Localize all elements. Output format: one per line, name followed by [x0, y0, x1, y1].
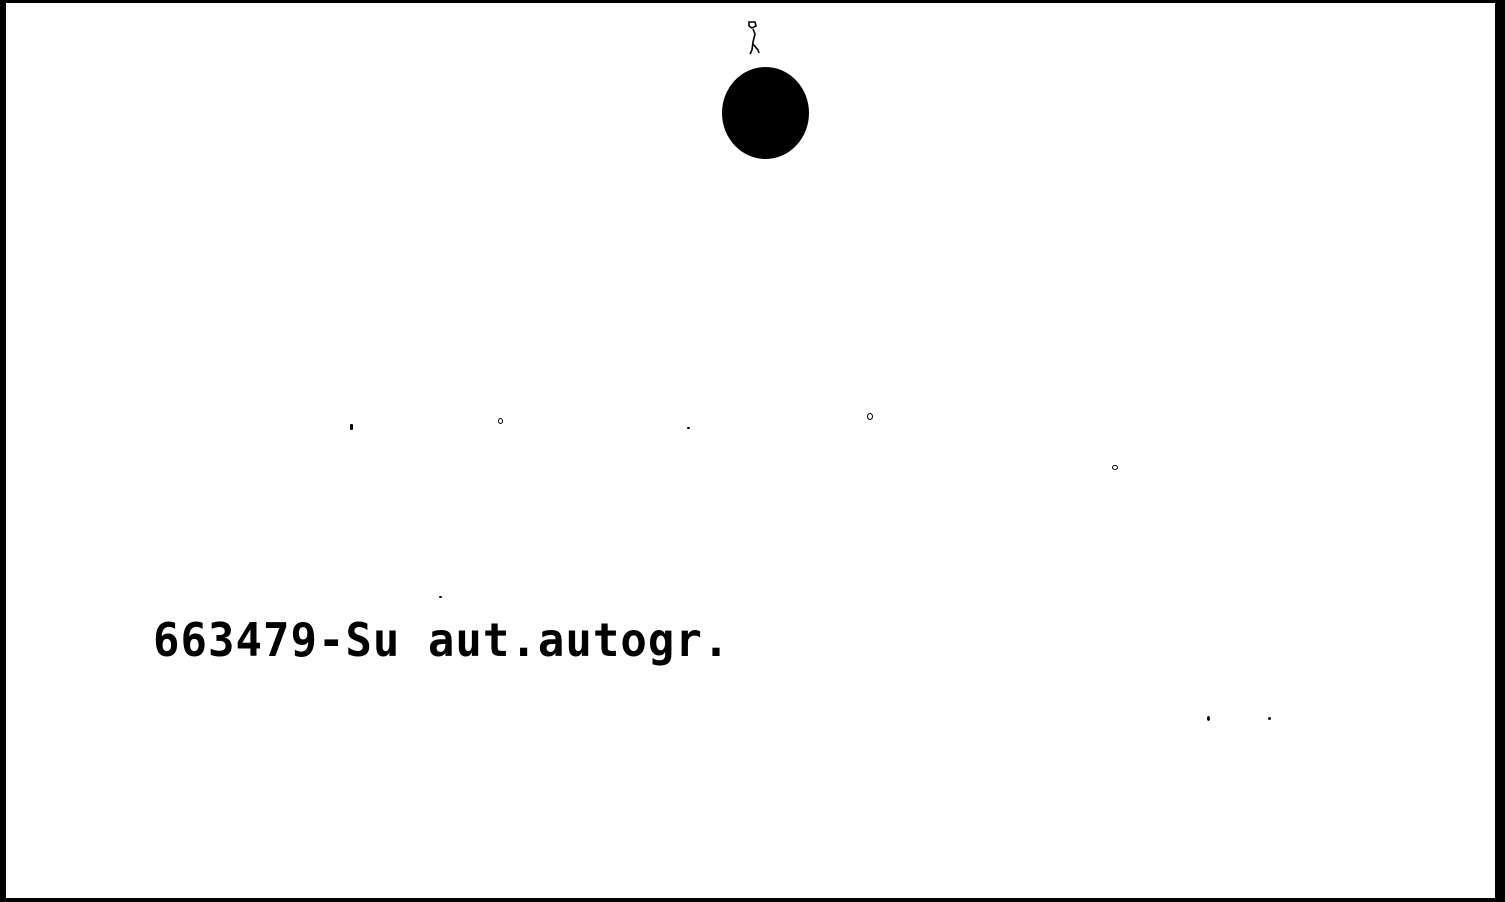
call-number-text: 663479-Su aut.autogr.: [153, 618, 730, 664]
scan-speck: [439, 596, 442, 598]
scan-speck: [867, 413, 873, 420]
scan-speck: [687, 427, 690, 429]
scan-speck: [350, 424, 353, 430]
scan-speck: [498, 418, 503, 424]
handwritten-mark-icon: [744, 20, 762, 58]
scan-edge-right: [1495, 0, 1505, 902]
punch-hole-icon: [722, 67, 809, 159]
scan-speck: [1112, 465, 1118, 470]
scan-speck: [1268, 717, 1271, 720]
scan-speck: [1207, 716, 1210, 721]
